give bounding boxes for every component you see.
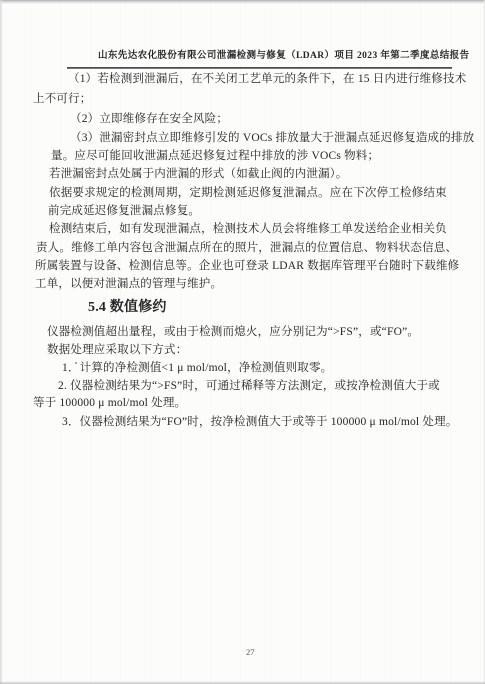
page-number: 27: [246, 648, 255, 657]
text-line: 责人。维修工单内容包含泄漏点所在的照片，泄漏点的位置信息、物料状态信息、: [36, 243, 457, 255]
header-title: 山东先达农化股份有限公司泄漏检测与修复（LDAR）项目 2023 年第二季度总结…: [98, 52, 469, 62]
text-line: 检测结束后，如有发现泄漏点，检测技术人员会将维修工单发送给企业相关负: [49, 224, 447, 236]
text-line: （1）若检测到泄漏后，在不关闭工艺单元的条件下，在 15 日内进行维修技术: [68, 74, 466, 86]
text-line: 量。应尽可能回收泄漏点延迟修复过程中排放的涉 VOCs 物料；: [51, 151, 379, 163]
text-line: 3．仪器检测结果为“FO”时，按净检测值大于或等于 100000 μ mol/m…: [62, 417, 458, 429]
text-line: 上不可行；: [33, 94, 92, 106]
text-line: 1．计算的净检测值<1 μ mol/mol，净检测值则取零。: [62, 363, 332, 375]
text-line: （2）立即维修存在安全风险；: [70, 114, 228, 126]
scan-edge-top: [0, 0, 485, 4]
text-line: 2. 仪器检测结果为“>FS”时，可通过稀释等方法测定，或按净检测值大于或: [58, 381, 440, 393]
text-line: 依据要求规定的检测周期，定期检测延迟修复泄漏点。应在下次停工检修结束: [49, 188, 447, 200]
text-line: 前完成延迟修复泄漏点修复。: [48, 206, 200, 218]
text-line: 数据处理应采取以下方式：: [47, 345, 187, 357]
text-line: 所属装置与设备、检测信息等。企业也可登录 LDAR 数据库管理平台随时下载维修: [35, 261, 459, 273]
header-underline: [67, 67, 452, 69]
text-line: 仪器检测值超出量程，或由于检测而熄火，应分别记为“>FS”，或“FO”。: [47, 327, 419, 339]
section-heading: 5.4 数值修约: [88, 301, 167, 315]
text-line: 工单，以便对泄漏点的管理与维护。: [35, 279, 222, 291]
text-line: 等于 100000 μ mol/mol 处理。: [33, 398, 186, 410]
scan-speck-artifact: [75, 362, 77, 364]
document-page: 山东先达农化股份有限公司泄漏检测与修复（LDAR）项目 2023 年第二季度总结…: [0, 0, 485, 684]
scan-edge-left: [0, 0, 3, 684]
text-line: （3）泄漏密封点立即维修引发的 VOCs 排放量大于泄漏点延迟修复造成的排放: [70, 133, 474, 145]
text-line: 若泄漏密封点处属于内泄漏的形式（如截止阀的内泄漏）。: [49, 169, 347, 181]
